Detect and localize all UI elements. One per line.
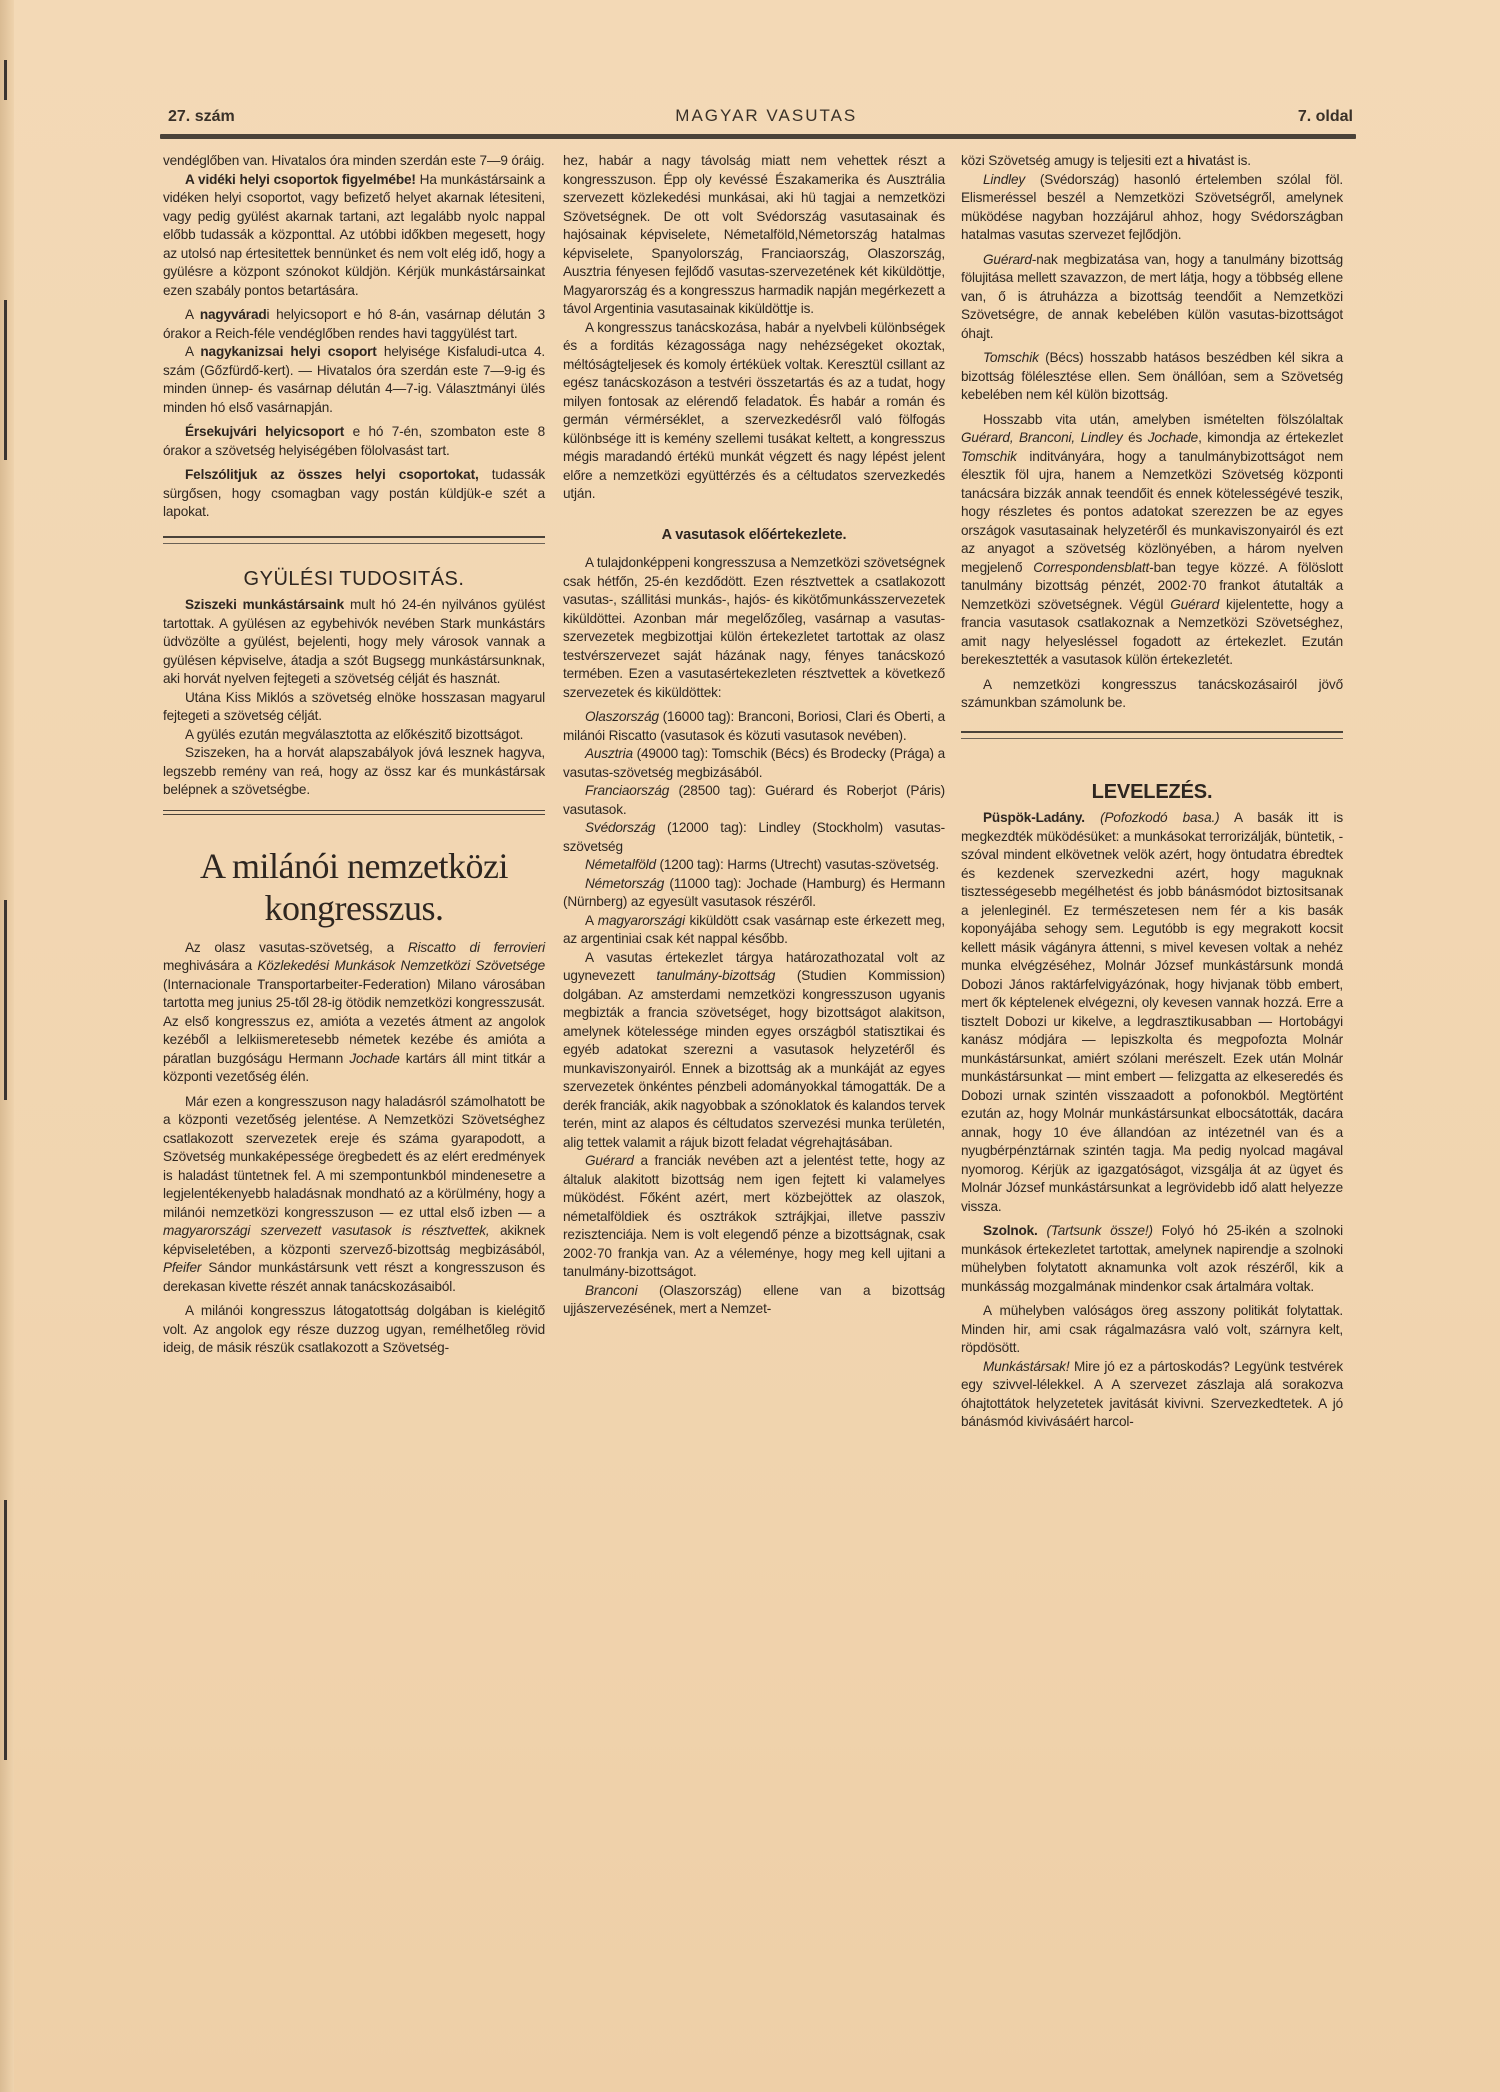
- paragraph: A müh­elyben valóságos öreg asszony poli…: [961, 1302, 1343, 1358]
- paragraph: Sziszeken, ha a horvát alapszabályok jóv…: [163, 744, 545, 800]
- paragraph: Utána Kiss Miklós a szövetség elnöke hos…: [163, 689, 545, 726]
- delegate-entry: Németország (11000 tag): Jochade (Hambur…: [563, 875, 945, 912]
- column-2: hez, habár a nagy távolság miatt nem veh…: [563, 152, 945, 1319]
- paragraph: A milánói kongresszus látogatottság dolg…: [163, 1302, 545, 1358]
- page-number: 7. oldal: [1298, 108, 1353, 126]
- delegate-entry: Ausztria (49000 tag): Tomschik (Bécs) és…: [563, 745, 945, 782]
- paragraph: A nagykanizsai helyi csoport helyisége K…: [163, 343, 545, 417]
- paragraph: Tomschik (Bécs) hosszabb hatásos beszédb…: [961, 349, 1343, 405]
- paragraph: A vasutas értekezlet tárgya határozathoz…: [563, 949, 945, 1153]
- column-1: vendéglőben van. Hivatalos óra minden sz…: [163, 152, 545, 1358]
- edge-mark: [4, 300, 7, 460]
- edge-mark: [4, 900, 7, 1100]
- section-title-levelezes: LEVELEZÉS.: [961, 783, 1343, 802]
- page-header: 27. szám MAGYAR VASUTAS 7. oldal: [168, 106, 1353, 132]
- paragraph: Guérard-nak megbizatása van, hogy a tanu…: [961, 251, 1343, 344]
- section-divider: [961, 731, 1343, 739]
- paragraph: Branconi (Olaszország) ellene van a bizo…: [563, 1282, 945, 1319]
- paragraph: A magyarországi kiküldött csak vasárnap …: [563, 912, 945, 949]
- edge-mark: [4, 1500, 7, 1760]
- column-3: közi Szövetség amugy is teljesiti ezt a …: [961, 152, 1343, 1432]
- edge-mark: [4, 60, 7, 100]
- paragraph: A nagyváradi helyicsoport e hó 8-án, vas…: [163, 306, 545, 343]
- paragraph: A kongresszus tanácskozása, habár a nyel…: [563, 319, 945, 504]
- section-divider: [163, 536, 545, 544]
- paragraph: Sziszeki munkástársaink mult hó 24-én ny…: [163, 596, 545, 689]
- paragraph: A tulajdonképpeni kongresszusa a Nemzetk…: [563, 554, 945, 702]
- paragraph: A nemzetközi kongresszus tanácskozásairó…: [961, 676, 1343, 713]
- issue-number: 27. szám: [168, 108, 235, 126]
- paragraph: Munkástársak! Mire jó ez a pártoskodás? …: [961, 1358, 1343, 1432]
- article-title: A milánói nemzetközi kongresszus.: [163, 845, 545, 929]
- paragraph: Az olasz vasutas-szövetség, a Riscatto d…: [163, 939, 545, 1087]
- paragraph: Érsekujvári helyicsoport e hó 7-én, szom…: [163, 423, 545, 460]
- page-binding-edge: [0, 0, 14, 2092]
- delegate-entry: Olaszország (16000 tag): Branconi, Borio…: [563, 708, 945, 745]
- section-divider: [163, 810, 545, 815]
- paragraph: Már ezen a kongresszuson nagy haladásról…: [163, 1093, 545, 1297]
- delegate-entry: Svédország (12000 tag): Lindley (Stockho…: [563, 819, 945, 856]
- letter-entry: Püspök-Ladány. (Pofozkodó basa.) A basák…: [961, 809, 1343, 1216]
- paragraph: vendéglőben van. Hivatalos óra minden sz…: [163, 152, 545, 171]
- paragraph: hez, habár a nagy távolság miatt nem veh…: [563, 152, 945, 319]
- section-title-gyulesi: GYÜLÉSI TUDOSITÁS.: [163, 570, 545, 589]
- newspaper-title: MAGYAR VASUTAS: [675, 106, 857, 126]
- paragraph: A vidéki helyi csoportok figyelmébe! Ha …: [163, 171, 545, 301]
- header-rule: [160, 134, 1356, 139]
- paragraph: Lindley (Svédország) hasonló értelemben …: [961, 171, 1343, 245]
- delegate-entry: Franciaország (28500 tag): Guérard és Ro…: [563, 782, 945, 819]
- paragraph: közi Szövetség amugy is teljesiti ezt a …: [961, 152, 1343, 171]
- delegate-entry: Németalföld (1200 tag): Harms (Utrecht) …: [563, 856, 945, 875]
- paragraph: Hosszabb vita után, amelyben ismételten …: [961, 411, 1343, 670]
- paragraph: A gyülés ezután megválasztotta az előkés…: [163, 726, 545, 745]
- letter-entry: Szolnok. (Tartsunk össze!) Folyó hó 25-i…: [961, 1222, 1343, 1296]
- paragraph: Guérard a franciák nevében azt a jelenté…: [563, 1152, 945, 1282]
- paragraph: Felszólitjuk az összes helyi csoportokat…: [163, 466, 545, 522]
- subsection-title: A vasutasok előértekezlete.: [563, 526, 945, 545]
